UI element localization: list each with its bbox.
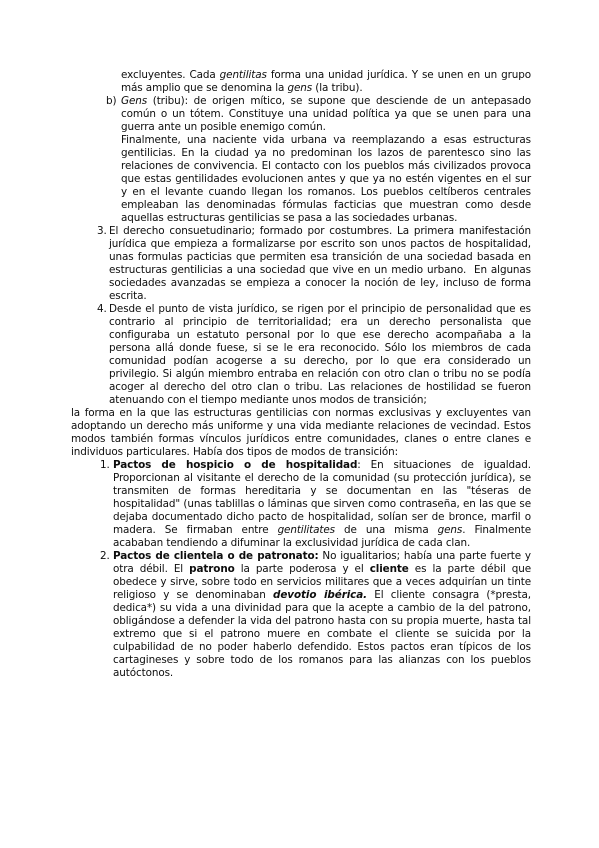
text-run: Desde el punto de vista jurídico, se rig…	[109, 303, 531, 406]
text-run: la forma en la que las estructuras genti…	[71, 407, 531, 458]
paragraph: excluyentes. Cada gentilitas forma una u…	[71, 69, 531, 95]
text-run: gentilitates	[278, 524, 335, 536]
list-item: 2.Pactos de clientela o de patronato: No…	[71, 550, 531, 680]
list-item: b)Gens (tribu): de origen mítico, se sup…	[71, 95, 531, 134]
list-marker: 1.	[100, 459, 110, 472]
document-page: excluyentes. Cada gentilitas forma una u…	[0, 0, 599, 848]
paragraph: Finalmente, una naciente vida urbana va …	[71, 134, 531, 225]
list-item: 1.Pactos de hospicio o de hospitalidad: …	[71, 459, 531, 550]
text-run: la parte poderosa y el	[235, 563, 370, 575]
text-run: (la tribu).	[312, 82, 363, 94]
text-run: de una misma	[335, 524, 438, 536]
paragraph: la forma en la que las estructuras genti…	[71, 407, 531, 459]
text-run: (tribu): de origen mítico, se supone que…	[121, 95, 531, 133]
text-run: gens	[438, 524, 463, 536]
list-marker: 4.	[97, 303, 107, 316]
text-run: patrono	[189, 563, 235, 575]
text-run: Gens	[121, 95, 147, 107]
list-item: 4.Desde el punto de vista jurídico, se r…	[71, 303, 531, 407]
text-run: excluyentes. Cada	[121, 69, 220, 81]
list-marker: 2.	[100, 550, 110, 563]
text-run: Pactos de clientela o de patronato:	[113, 550, 319, 562]
text-run: gens	[287, 82, 312, 94]
list-item: 3.El derecho consuetudinario; formado po…	[71, 225, 531, 303]
text-run: El cliente consagra (*presta, dedica*) s…	[113, 589, 531, 679]
text-run: Pactos de hospicio o de hospitalidad	[113, 459, 357, 471]
text-run: El derecho consuetudinario; formado por …	[109, 225, 531, 302]
text-run: devotio ibérica.	[273, 589, 367, 601]
list-marker: 3.	[97, 225, 107, 238]
list-marker: b)	[106, 95, 116, 108]
text-run: gentilitas	[220, 69, 267, 81]
text-run: cliente	[370, 563, 409, 575]
document-content: excluyentes. Cada gentilitas forma una u…	[71, 69, 531, 680]
text-run: Finalmente, una naciente vida urbana va …	[121, 134, 531, 224]
